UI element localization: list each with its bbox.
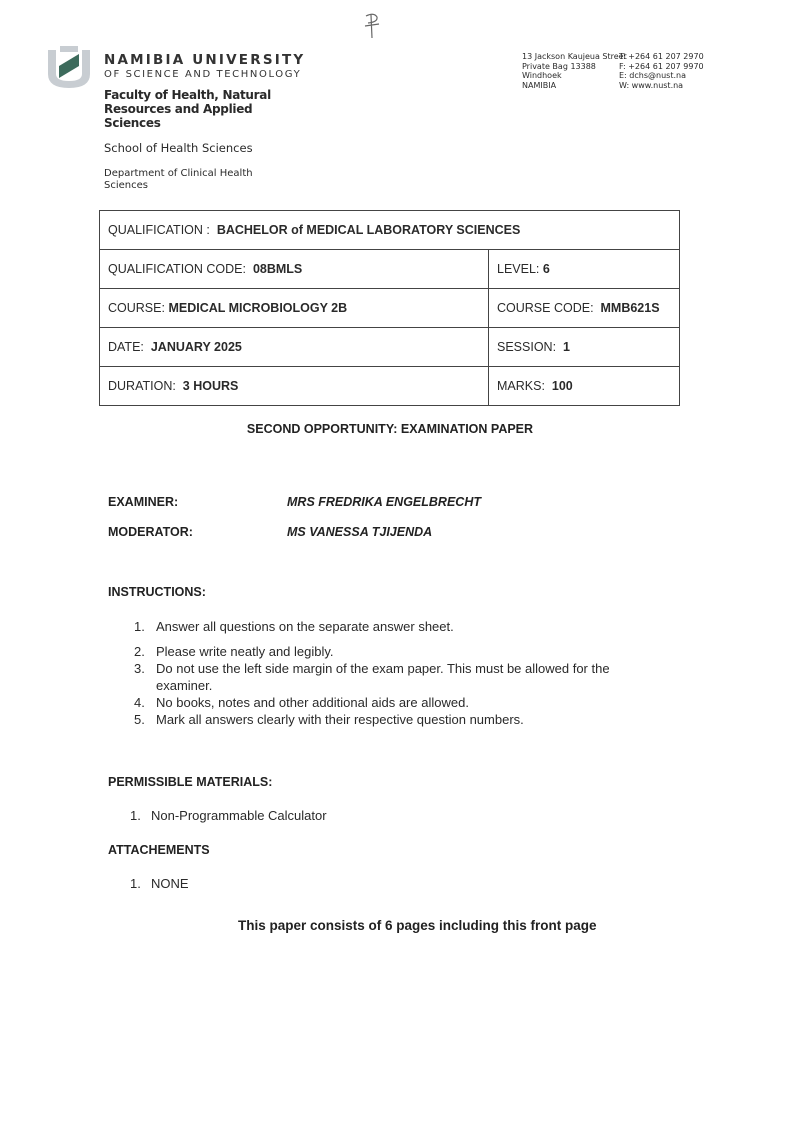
university-subtitle: OF SCIENCE AND TECHNOLOGY <box>104 69 301 80</box>
attachments-heading: ATTACHEMENTS <box>108 843 210 857</box>
duration-cell: DURATION: 3 HOURS <box>100 367 489 406</box>
moderator-name: MS VANESSA TJIJENDA <box>287 525 432 539</box>
course-value: MEDICAL MICROBIOLOGY 2B <box>168 301 347 315</box>
session-value: 1 <box>563 340 570 354</box>
qualification-value: BACHELOR of MEDICAL LABORATORY SCIENCES <box>217 223 521 237</box>
table-row: DATE: JANUARY 2025 SESSION: 1 <box>100 328 680 367</box>
permissible-materials-heading: PERMISSIBLE MATERIALS: <box>108 775 272 789</box>
contact-block: T: +264 61 207 2970 F: +264 61 207 9970 … <box>619 52 704 90</box>
faculty-name: Faculty of Health, Natural Resources and… <box>104 88 304 130</box>
address-line: Private Bag 13388 <box>522 62 627 72</box>
table-row: QUALIFICATION : BACHELOR of MEDICAL LABO… <box>100 211 680 250</box>
fax: F: +264 61 207 9970 <box>619 62 704 72</box>
marks-cell: MARKS: 100 <box>489 367 680 406</box>
university-logo-icon <box>44 44 94 90</box>
moderator-label: MODERATOR: <box>108 525 193 539</box>
list-item: 4. No books, notes and other additional … <box>134 694 664 711</box>
list-item: 1. Non-Programmable Calculator <box>130 808 327 823</box>
list-item: 1. Answer all questions on the separate … <box>134 618 664 635</box>
phone: T: +264 61 207 2970 <box>619 52 704 62</box>
department-name: Department of Clinical Health Sciences <box>104 168 264 191</box>
examiner-name: MRS FREDRIKA ENGELBRECHT <box>287 495 481 509</box>
list-item: 5. Mark all answers clearly with their r… <box>134 711 664 728</box>
table-row: QUALIFICATION CODE: 08BMLS LEVEL: 6 <box>100 250 680 289</box>
instructions-heading: INSTRUCTIONS: <box>108 585 206 599</box>
level-value: 6 <box>543 262 550 276</box>
page-count-note: This paper consists of 6 pages including… <box>238 918 597 933</box>
university-name: NAMIBIA UNIVERSITY <box>104 52 305 68</box>
qualification-cell: QUALIFICATION : BACHELOR of MEDICAL LABO… <box>100 211 680 250</box>
qualification-code-value: 08BMLS <box>253 262 302 276</box>
exam-info-table: QUALIFICATION : BACHELOR of MEDICAL LABO… <box>99 210 680 406</box>
list-item: 1. NONE <box>130 876 189 891</box>
address-line: Windhoek <box>522 71 627 81</box>
paper-title: SECOND OPPORTUNITY: EXAMINATION PAPER <box>0 422 780 436</box>
address-line: NAMIBIA <box>522 81 627 91</box>
school-name: School of Health Sciences <box>104 141 253 155</box>
course-code-cell: COURSE CODE: MMB621S <box>489 289 680 328</box>
instructions-list: 1. Answer all questions on the separate … <box>134 618 664 728</box>
marks-value: 100 <box>552 379 573 393</box>
examiner-label: EXAMINER: <box>108 495 178 509</box>
date-value: JANUARY 2025 <box>151 340 242 354</box>
list-item: 3. Do not use the left side margin of th… <box>134 660 664 694</box>
email-link[interactable]: E: dchs@nust.na <box>619 71 704 81</box>
qualification-code-cell: QUALIFICATION CODE: 08BMLS <box>100 250 489 289</box>
table-row: DURATION: 3 HOURS MARKS: 100 <box>100 367 680 406</box>
list-item: 2. Please write neatly and legibly. <box>134 643 664 660</box>
date-cell: DATE: JANUARY 2025 <box>100 328 489 367</box>
handwritten-mark <box>360 10 384 40</box>
website-link[interactable]: W: www.nust.na <box>619 81 704 91</box>
course-code-value: MMB621S <box>601 301 660 315</box>
address-block: 13 Jackson Kaujeua Street Private Bag 13… <box>522 52 627 90</box>
address-line: 13 Jackson Kaujeua Street <box>522 52 627 62</box>
table-row: COURSE: MEDICAL MICROBIOLOGY 2B COURSE C… <box>100 289 680 328</box>
session-cell: SESSION: 1 <box>489 328 680 367</box>
duration-value: 3 HOURS <box>183 379 239 393</box>
level-cell: LEVEL: 6 <box>489 250 680 289</box>
course-cell: COURSE: MEDICAL MICROBIOLOGY 2B <box>100 289 489 328</box>
